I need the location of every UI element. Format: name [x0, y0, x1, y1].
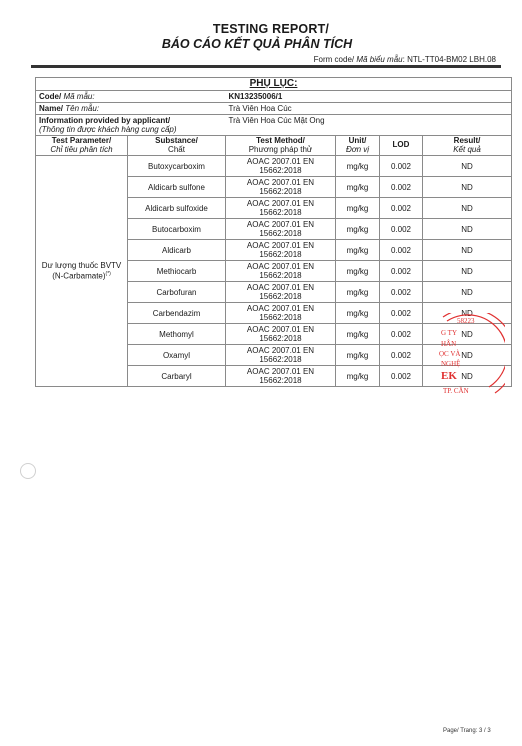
substance-cell: Aldicarb sulfone	[128, 177, 226, 198]
unit-cell: mg/kg	[336, 324, 380, 345]
report-title: TESTING REPORT/	[0, 22, 522, 36]
substance-cell: Aldicarb	[128, 240, 226, 261]
code-label-vi: Mã mẫu:	[63, 92, 94, 101]
unit-cell: mg/kg	[336, 177, 380, 198]
substance-cell: Butoxycarboxim	[128, 156, 226, 177]
unit-cell: mg/kg	[336, 261, 380, 282]
result-cell: ND	[423, 303, 512, 324]
appendix-title: PHỤ LỤC:	[36, 78, 512, 91]
lod-cell: 0.002	[380, 366, 423, 387]
lod-cell: 0.002	[380, 219, 423, 240]
result-cell: ND	[423, 261, 512, 282]
info-row: Information provided by applicant/(Thông…	[36, 115, 512, 136]
name-row: Name/ Tên mẫu: Trà Viên Hoa Cúc	[36, 103, 512, 115]
result-cell: ND	[423, 156, 512, 177]
lod-cell: 0.002	[380, 303, 423, 324]
svg-text:TP. CẦN: TP. CẦN	[443, 387, 469, 395]
unit-cell: mg/kg	[336, 240, 380, 261]
lod-cell: 0.002	[380, 198, 423, 219]
code-value: KN13235006/1	[226, 91, 512, 103]
info-label: Information provided by applicant/	[39, 116, 223, 126]
result-cell: ND	[423, 219, 512, 240]
lod-cell: 0.002	[380, 282, 423, 303]
unit-cell: mg/kg	[336, 366, 380, 387]
substance-cell: Butocarboxim	[128, 219, 226, 240]
code-row: Code/ Mã mẫu: KN13235006/1	[36, 91, 512, 103]
method-cell: AOAC 2007.01 EN15662:2018	[226, 261, 336, 282]
page-number: Page/ Trang: 3 / 3	[443, 728, 491, 734]
form-code: Form code/ Mã biểu mẫu: NTL-TT04-BM02 LB…	[314, 55, 496, 64]
name-value: Trà Viên Hoa Cúc	[226, 103, 512, 115]
appendix-table: PHỤ LỤC: Code/ Mã mẫu: KN13235006/1 Name…	[35, 77, 512, 387]
unit-cell: mg/kg	[336, 198, 380, 219]
method-cell: AOAC 2007.01 EN15662:2018	[226, 177, 336, 198]
lod-cell: 0.002	[380, 240, 423, 261]
info-label-vi: (Thông tin được khách hàng cung cấp)	[39, 125, 223, 135]
unit-cell: mg/kg	[336, 219, 380, 240]
header-parameter: Test Parameter/Chỉ tiêu phân tích	[36, 136, 128, 156]
header-lod: LOD	[380, 136, 423, 156]
substance-cell: Carbofuran	[128, 282, 226, 303]
header-result: Result/Kết quả	[423, 136, 512, 156]
name-label-vi: Tên mẫu:	[65, 104, 99, 113]
unit-cell: mg/kg	[336, 282, 380, 303]
result-cell: ND	[423, 366, 512, 387]
report-subtitle: BÁO CÁO KẾT QUẢ PHÂN TÍCH	[0, 37, 522, 51]
method-cell: AOAC 2007.01 EN15662:2018	[226, 156, 336, 177]
lod-cell: 0.002	[380, 261, 423, 282]
method-cell: AOAC 2007.01 EN15662:2018	[226, 324, 336, 345]
substance-cell: Oxamyl	[128, 345, 226, 366]
method-cell: AOAC 2007.01 EN15662:2018	[226, 282, 336, 303]
form-code-label-vi: Mã biểu mẫu	[356, 55, 402, 64]
punch-hole-mark	[20, 463, 36, 479]
form-code-label: Form code/	[314, 55, 354, 64]
header-divider	[31, 65, 501, 68]
method-cell: AOAC 2007.01 EN15662:2018	[226, 303, 336, 324]
method-cell: AOAC 2007.01 EN15662:2018	[226, 219, 336, 240]
result-cell: ND	[423, 177, 512, 198]
result-cell: ND	[423, 324, 512, 345]
substance-cell: Carbaryl	[128, 366, 226, 387]
unit-cell: mg/kg	[336, 156, 380, 177]
unit-cell: mg/kg	[336, 345, 380, 366]
lod-cell: 0.002	[380, 324, 423, 345]
name-label: Name/	[39, 104, 63, 113]
form-code-value: : NTL-TT04-BM02 LBH.08	[403, 55, 496, 64]
method-cell: AOAC 2007.01 EN15662:2018	[226, 198, 336, 219]
substance-cell: Methiocarb	[128, 261, 226, 282]
substance-cell: Methomyl	[128, 324, 226, 345]
unit-cell: mg/kg	[336, 303, 380, 324]
lod-cell: 0.002	[380, 156, 423, 177]
result-cell: ND	[423, 240, 512, 261]
substance-cell: Aldicarb sulfoxide	[128, 198, 226, 219]
table-row: Dư lượng thuốc BVTV (N-Carbamate)(*)Buto…	[36, 156, 512, 177]
header-method: Test Method/Phương pháp thử	[226, 136, 336, 156]
code-label: Code/	[39, 92, 61, 101]
method-cell: AOAC 2007.01 EN15662:2018	[226, 240, 336, 261]
substance-cell: Carbendazim	[128, 303, 226, 324]
header-substance: Substance/Chất	[128, 136, 226, 156]
table-header-row: Test Parameter/Chỉ tiêu phân tích Substa…	[36, 136, 512, 156]
result-cell: ND	[423, 345, 512, 366]
result-cell: ND	[423, 198, 512, 219]
info-value: Trà Viên Hoa Cúc Mật Ong	[226, 115, 512, 136]
header-unit: Unit/Đơn vị	[336, 136, 380, 156]
result-cell: ND	[423, 282, 512, 303]
parameter-cell: Dư lượng thuốc BVTV (N-Carbamate)(*)	[36, 156, 128, 387]
method-cell: AOAC 2007.01 EN15662:2018	[226, 345, 336, 366]
method-cell: AOAC 2007.01 EN15662:2018	[226, 366, 336, 387]
lod-cell: 0.002	[380, 177, 423, 198]
lod-cell: 0.002	[380, 345, 423, 366]
